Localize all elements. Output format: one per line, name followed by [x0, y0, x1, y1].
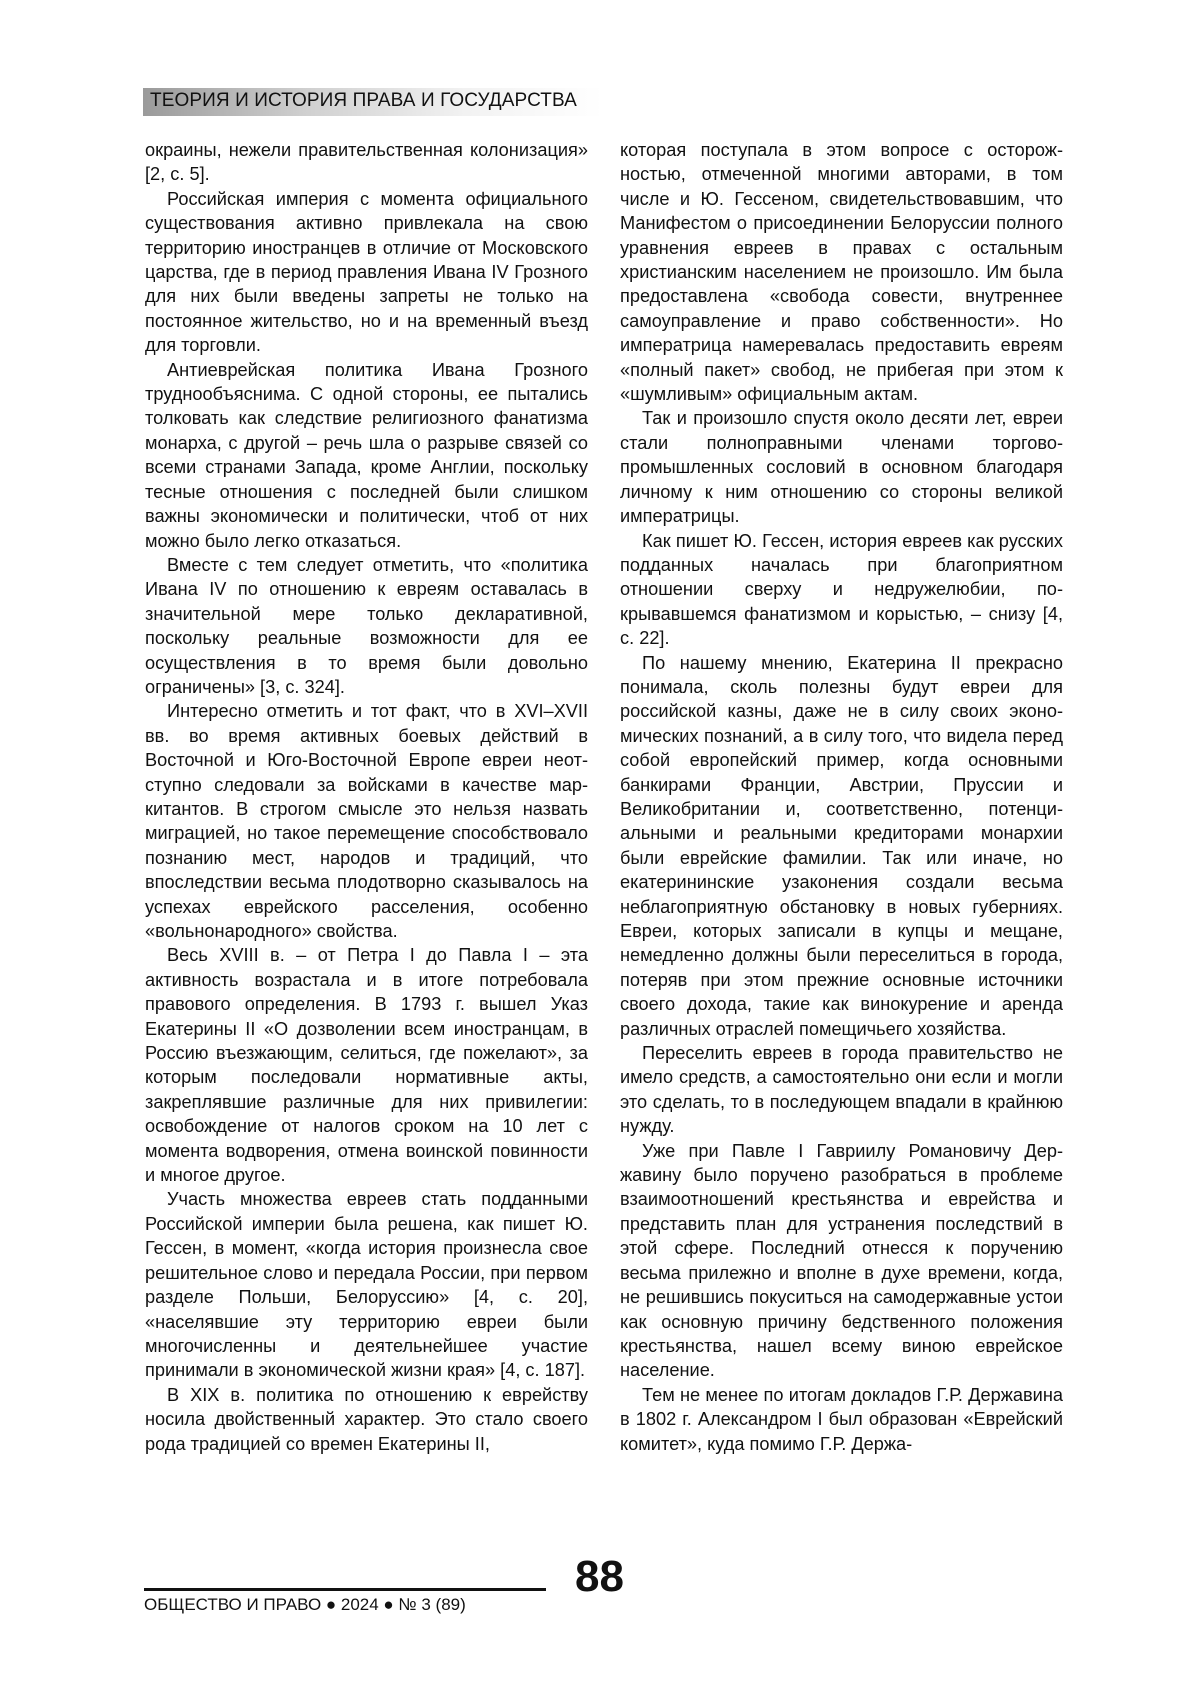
paragraph: В XIX в. политика по отношению к еврейст… — [145, 1383, 588, 1456]
paragraph: которая поступала в этом вопросе с остор… — [620, 138, 1063, 406]
paragraph: окраины, нежели правительственная колони… — [145, 138, 588, 187]
paragraph: По нашему мнению, Екатерина II прекрас­н… — [620, 651, 1063, 1042]
left-column: окраины, нежели правительственная колони… — [145, 138, 588, 1456]
paragraph: Вместе с тем следует отметить, что «поли… — [145, 553, 588, 699]
footer-divider — [144, 1588, 546, 1591]
paragraph: Уже при Павле I Гавриилу Романовичу Дер­… — [620, 1139, 1063, 1383]
paragraph: Тем не менее по итогам докладов Г.Р. Дер… — [620, 1383, 1063, 1456]
paragraph: Весь XVIII в. – от Петра I до Павла I – … — [145, 943, 588, 1187]
paragraph: Переселить евреев в города правительство… — [620, 1041, 1063, 1139]
section-title: ТЕОРИЯ И ИСТОРИЯ ПРАВА И ГОСУДАРСТВА — [150, 90, 577, 112]
paragraph: Российская империя с момента официаль­но… — [145, 187, 588, 358]
paragraph: Интересно отметить и тот факт, что в XVI… — [145, 699, 588, 943]
page-number: 88 — [575, 1552, 624, 1602]
right-column: которая поступала в этом вопросе с остор… — [620, 138, 1063, 1456]
paragraph: Участь множества евреев стать подданны­м… — [145, 1187, 588, 1382]
paragraph: Так и произошло спустя около десяти лет,… — [620, 406, 1063, 528]
paragraph: Как пишет Ю. Гессен, история евреев как … — [620, 529, 1063, 651]
journal-footer: ОБЩЕСТВО И ПРАВО ● 2024 ● № 3 (89) — [144, 1595, 466, 1615]
paragraph: Антиеврейская политика Ивана Грозного тр… — [145, 358, 588, 553]
